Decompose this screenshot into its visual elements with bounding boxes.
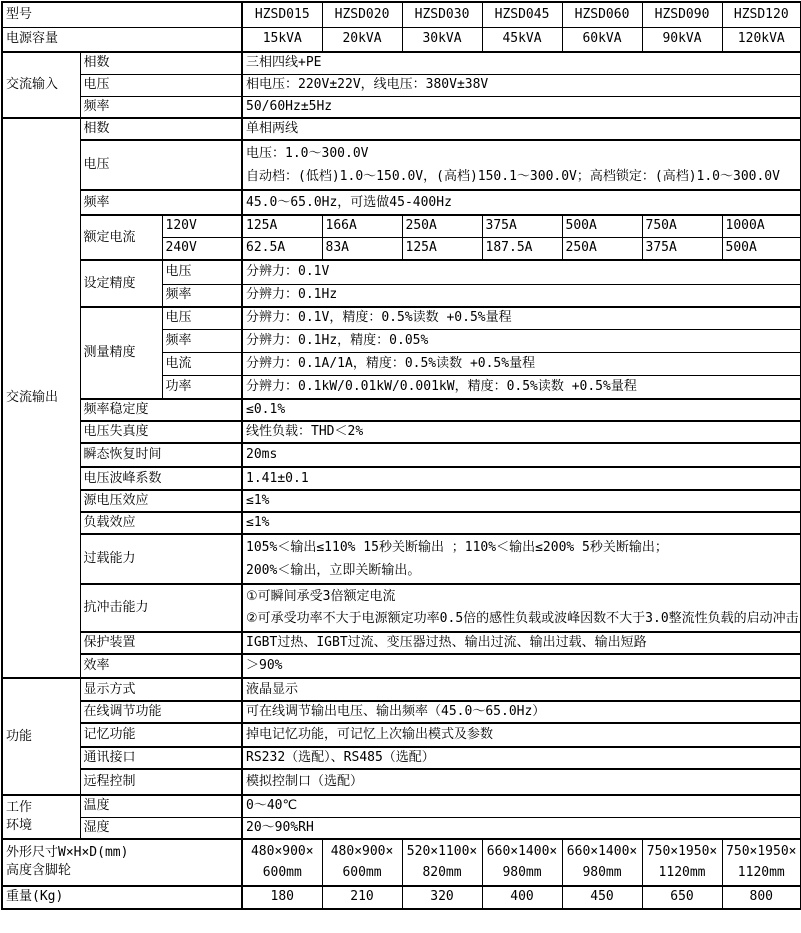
- dimensions-label-line-2: 高度含脚轮: [6, 862, 238, 880]
- param-label: 负载效应: [80, 512, 242, 534]
- param-label-rated-current: 额定电流: [80, 215, 162, 260]
- spec-value: 分辨力：0.1Hz: [242, 284, 801, 307]
- section-label-environment: 工作 环境: [2, 795, 80, 839]
- weight-cell: 210: [322, 886, 402, 909]
- dimension-line-2: 600mm: [326, 862, 399, 883]
- weight-cell: 180: [242, 886, 322, 909]
- param-label: 频率稳定度: [80, 399, 242, 421]
- impact-line-2: ②可承受功率不大于电源额定功率0.5倍的感性负载或波峰因数不大于3.0整流性负载…: [246, 608, 797, 630]
- protection-row: 保护装置 IGBT过热、IGBT过流、变压器过热、输出过流、输出过载、输出短路: [2, 632, 801, 654]
- transient-row: 瞬态恢复时间 20ms: [2, 443, 801, 467]
- dimension-line-2: 1120mm: [726, 862, 798, 883]
- model-cell: HZSD020: [322, 2, 402, 27]
- spec-value: 液晶显示: [242, 678, 801, 701]
- spec-value: 50/60Hz±5Hz: [242, 96, 801, 118]
- model-cell: HZSD045: [482, 2, 562, 27]
- spec-value: ≤1%: [242, 512, 801, 534]
- capacity-cell: 45kVA: [482, 27, 562, 52]
- sub-param-label: 频率: [162, 329, 242, 352]
- spec-value: 45.0～65.0Hz，可选做45-400Hz: [242, 190, 801, 215]
- model-cell: HZSD030: [402, 2, 482, 27]
- power-supply-spec-table: 型号 HZSD015 HZSD020 HZSD030 HZSD045 HZSD0…: [1, 1, 801, 910]
- capacity-cell: 90kVA: [642, 27, 722, 52]
- dimension-line-1: 660×1400×: [486, 841, 559, 862]
- impact-row: 抗冲击能力 ①可瞬间承受3倍额定电流 ②可承受功率不大于电源额定功率0.5倍的感…: [2, 584, 801, 632]
- environment-label-line-2: 环境: [6, 817, 77, 835]
- param-label: 相数: [80, 52, 242, 74]
- display-mode-row: 功能 显示方式 液晶显示: [2, 678, 801, 701]
- dimension-line-2: 1120mm: [646, 862, 719, 883]
- current-cell: 250A: [562, 237, 642, 260]
- online-adjust-row: 在线调节功能 可在线调节输出电压、输出频率（45.0～65.0Hz）: [2, 701, 801, 723]
- voltage-auto-range-line: 自动档：(低档)1.0～150.0V，(高档)150.1～300.0V；高档锁定…: [246, 165, 797, 188]
- weight-cell: 450: [562, 886, 642, 909]
- dimensions-label-line-1: 外形尺寸W×H×D(mm): [6, 844, 238, 862]
- spec-value: RS232（选配）、RS485（选配）: [242, 747, 801, 769]
- current-cell: 83A: [322, 237, 402, 260]
- param-label: 电压失真度: [80, 421, 242, 443]
- dimension-cell: 480×900× 600mm: [322, 839, 402, 886]
- sub-param-label: 240V: [162, 237, 242, 260]
- model-row-label: 型号: [2, 2, 242, 27]
- dimensions-row: 外形尺寸W×H×D(mm) 高度含脚轮 480×900× 600mm 480×9…: [2, 839, 801, 886]
- efficiency-row: 效率 ＞90%: [2, 654, 801, 678]
- param-label: 远程控制: [80, 769, 242, 795]
- dimension-line-2: 820mm: [406, 862, 479, 883]
- environment-label-line-1: 工作: [6, 799, 77, 817]
- spec-value: 单相两线: [242, 118, 801, 140]
- spec-value: ≤1%: [242, 490, 801, 512]
- spec-value: ＞90%: [242, 654, 801, 678]
- dimension-cell: 660×1400× 980mm: [482, 839, 562, 886]
- ac-output-voltage-row: 电压 电压：1.0～300.0V 自动档：(低档)1.0～150.0V，(高档)…: [2, 140, 801, 190]
- memory-row: 记忆功能 掉电记忆功能，可记忆上次输出模式及参数: [2, 723, 801, 747]
- freq-stability-row: 频率稳定度 ≤0.1%: [2, 399, 801, 421]
- spec-value: 20ms: [242, 443, 801, 467]
- weight-cell: 320: [402, 886, 482, 909]
- current-cell: 166A: [322, 215, 402, 237]
- dimension-line-1: 750×1950×: [726, 841, 798, 862]
- dimension-cell: 480×900× 600mm: [242, 839, 322, 886]
- setting-accuracy-voltage-row: 设定精度 电压 分辨力：0.1V: [2, 260, 801, 284]
- dimension-line-1: 480×900×: [246, 841, 319, 862]
- dimension-line-1: 750×1950×: [646, 841, 719, 862]
- spec-value: 20～90%RH: [242, 817, 801, 839]
- sub-param-label: 电压: [162, 307, 242, 329]
- param-label: 抗冲击能力: [80, 584, 242, 632]
- param-label: 频率: [80, 190, 242, 215]
- dimension-cell: 520×1100× 820mm: [402, 839, 482, 886]
- model-cell: HZSD060: [562, 2, 642, 27]
- spec-value: 线性负载：THD＜2%: [242, 421, 801, 443]
- spec-value: 分辨力：0.1V，精度：0.5%读数 +0.5%量程: [242, 307, 801, 329]
- spec-value: 0～40℃: [242, 795, 801, 817]
- spec-value: 分辨力：0.1A/1A，精度：0.5%读数 +0.5%量程: [242, 352, 801, 375]
- spec-value: 1.41±0.1: [242, 467, 801, 490]
- spec-value: ①可瞬间承受3倍额定电流 ②可承受功率不大于电源额定功率0.5倍的感性负载或波峰…: [242, 584, 801, 632]
- humidity-row: 湿度 20～90%RH: [2, 817, 801, 839]
- current-cell: 62.5A: [242, 237, 322, 260]
- current-cell: 375A: [482, 215, 562, 237]
- current-cell: 250A: [402, 215, 482, 237]
- dimension-line-1: 480×900×: [326, 841, 399, 862]
- ac-output-frequency-row: 频率 45.0～65.0Hz，可选做45-400Hz: [2, 190, 801, 215]
- param-label: 电压: [80, 74, 242, 96]
- current-cell: 500A: [562, 215, 642, 237]
- voltage-range-line: 电压：1.0～300.0V: [246, 142, 797, 165]
- param-label: 电压: [80, 140, 242, 190]
- section-label-ac-output: 交流输出: [2, 118, 80, 678]
- current-cell: 500A: [722, 237, 801, 260]
- ac-input-phase-row: 交流输入 相数 三相四线+PE: [2, 52, 801, 74]
- current-cell: 125A: [242, 215, 322, 237]
- capacity-cell: 120kVA: [722, 27, 801, 52]
- dimension-line-2: 600mm: [246, 862, 319, 883]
- model-cell: HZSD090: [642, 2, 722, 27]
- spec-value: 电压：1.0～300.0V 自动档：(低档)1.0～150.0V，(高档)150…: [242, 140, 801, 190]
- current-cell: 750A: [642, 215, 722, 237]
- capacity-cell: 60kVA: [562, 27, 642, 52]
- spec-value: 可在线调节输出电压、输出频率（45.0～65.0Hz）: [242, 701, 801, 723]
- spec-value: 分辨力：0.1Hz，精度：0.05%: [242, 329, 801, 352]
- param-label-setting-accuracy: 设定精度: [80, 260, 162, 307]
- spec-value: 掉电记忆功能，可记忆上次输出模式及参数: [242, 723, 801, 747]
- sub-param-label: 功率: [162, 375, 242, 399]
- dimension-cell: 750×1950× 1120mm: [722, 839, 801, 886]
- ac-output-phase-row: 交流输出 相数 单相两线: [2, 118, 801, 140]
- spec-value: ≤0.1%: [242, 399, 801, 421]
- dimension-line-1: 520×1100×: [406, 841, 479, 862]
- sub-param-label: 电流: [162, 352, 242, 375]
- overload-row: 过载能力 105%＜输出≤110% 15秒关断输出 ；110%＜输出≤200% …: [2, 534, 801, 584]
- model-cell: HZSD120: [722, 2, 801, 27]
- param-label: 电压波峰系数: [80, 467, 242, 490]
- dimension-cell: 750×1950× 1120mm: [642, 839, 722, 886]
- spec-value: 模拟控制口（选配）: [242, 769, 801, 795]
- measure-accuracy-voltage-row: 测量精度 电压 分辨力：0.1V，精度：0.5%读数 +0.5%量程: [2, 307, 801, 329]
- sub-param-label: 频率: [162, 284, 242, 307]
- weight-cell: 650: [642, 886, 722, 909]
- overload-line-2: 200%＜输出，立即关断输出。: [246, 559, 797, 582]
- spec-value: 三相四线+PE: [242, 52, 801, 74]
- capacity-row: 电源容量 15kVA 20kVA 30kVA 45kVA 60kVA 90kVA…: [2, 27, 801, 52]
- crest-factor-row: 电压波峰系数 1.41±0.1: [2, 467, 801, 490]
- param-label: 温度: [80, 795, 242, 817]
- param-label: 效率: [80, 654, 242, 678]
- param-label-measure-accuracy: 测量精度: [80, 307, 162, 399]
- rated-current-120v-row: 额定电流 120V 125A 166A 250A 375A 500A 750A …: [2, 215, 801, 237]
- current-cell: 125A: [402, 237, 482, 260]
- dimension-line-1: 660×1400×: [566, 841, 639, 862]
- comm-interface-row: 通讯接口 RS232（选配）、RS485（选配）: [2, 747, 801, 769]
- spec-value: 分辨力：0.1V: [242, 260, 801, 284]
- spec-value: IGBT过热、IGBT过流、变压器过热、输出过流、输出过载、输出短路: [242, 632, 801, 654]
- temperature-row: 工作 环境 温度 0～40℃: [2, 795, 801, 817]
- param-label: 保护装置: [80, 632, 242, 654]
- param-label: 记忆功能: [80, 723, 242, 747]
- weight-cell: 800: [722, 886, 801, 909]
- param-label: 显示方式: [80, 678, 242, 701]
- current-cell: 187.5A: [482, 237, 562, 260]
- sub-param-label: 电压: [162, 260, 242, 284]
- capacity-cell: 15kVA: [242, 27, 322, 52]
- overload-line-1: 105%＜输出≤110% 15秒关断输出 ；110%＜输出≤200% 5秒关断输…: [246, 536, 797, 559]
- impact-line-1: ①可瞬间承受3倍额定电流: [246, 586, 797, 608]
- spec-value: 相电压：220V±22V，线电压：380V±38V: [242, 74, 801, 96]
- dimension-line-2: 980mm: [566, 862, 639, 883]
- param-label: 过载能力: [80, 534, 242, 584]
- capacity-cell: 20kVA: [322, 27, 402, 52]
- capacity-cell: 30kVA: [402, 27, 482, 52]
- current-cell: 375A: [642, 237, 722, 260]
- spec-value: 分辨力：0.1kW/0.01kW/0.001kW，精度：0.5%读数 +0.5%…: [242, 375, 801, 399]
- current-cell: 1000A: [722, 215, 801, 237]
- model-cell: HZSD015: [242, 2, 322, 27]
- dimension-cell: 660×1400× 980mm: [562, 839, 642, 886]
- param-label: 频率: [80, 96, 242, 118]
- dimension-line-2: 980mm: [486, 862, 559, 883]
- param-label: 源电压效应: [80, 490, 242, 512]
- spec-value: 105%＜输出≤110% 15秒关断输出 ；110%＜输出≤200% 5秒关断输…: [242, 534, 801, 584]
- ac-input-voltage-row: 电压 相电压：220V±22V，线电压：380V±38V: [2, 74, 801, 96]
- param-label: 通讯接口: [80, 747, 242, 769]
- param-label: 相数: [80, 118, 242, 140]
- source-effect-row: 源电压效应 ≤1%: [2, 490, 801, 512]
- section-label-ac-input: 交流输入: [2, 52, 80, 118]
- distortion-row: 电压失真度 线性负载：THD＜2%: [2, 421, 801, 443]
- param-label: 湿度: [80, 817, 242, 839]
- param-label: 在线调节功能: [80, 701, 242, 723]
- ac-input-frequency-row: 频率 50/60Hz±5Hz: [2, 96, 801, 118]
- capacity-row-label: 电源容量: [2, 27, 242, 52]
- model-row: 型号 HZSD015 HZSD020 HZSD030 HZSD045 HZSD0…: [2, 2, 801, 27]
- weight-cell: 400: [482, 886, 562, 909]
- sub-param-label: 120V: [162, 215, 242, 237]
- weight-label: 重量(Kg): [2, 886, 242, 909]
- weight-row: 重量(Kg) 180 210 320 400 450 650 800: [2, 886, 801, 909]
- remote-control-row: 远程控制 模拟控制口（选配）: [2, 769, 801, 795]
- dimensions-label: 外形尺寸W×H×D(mm) 高度含脚轮: [2, 839, 242, 886]
- load-effect-row: 负载效应 ≤1%: [2, 512, 801, 534]
- param-label: 瞬态恢复时间: [80, 443, 242, 467]
- section-label-functions: 功能: [2, 678, 80, 795]
